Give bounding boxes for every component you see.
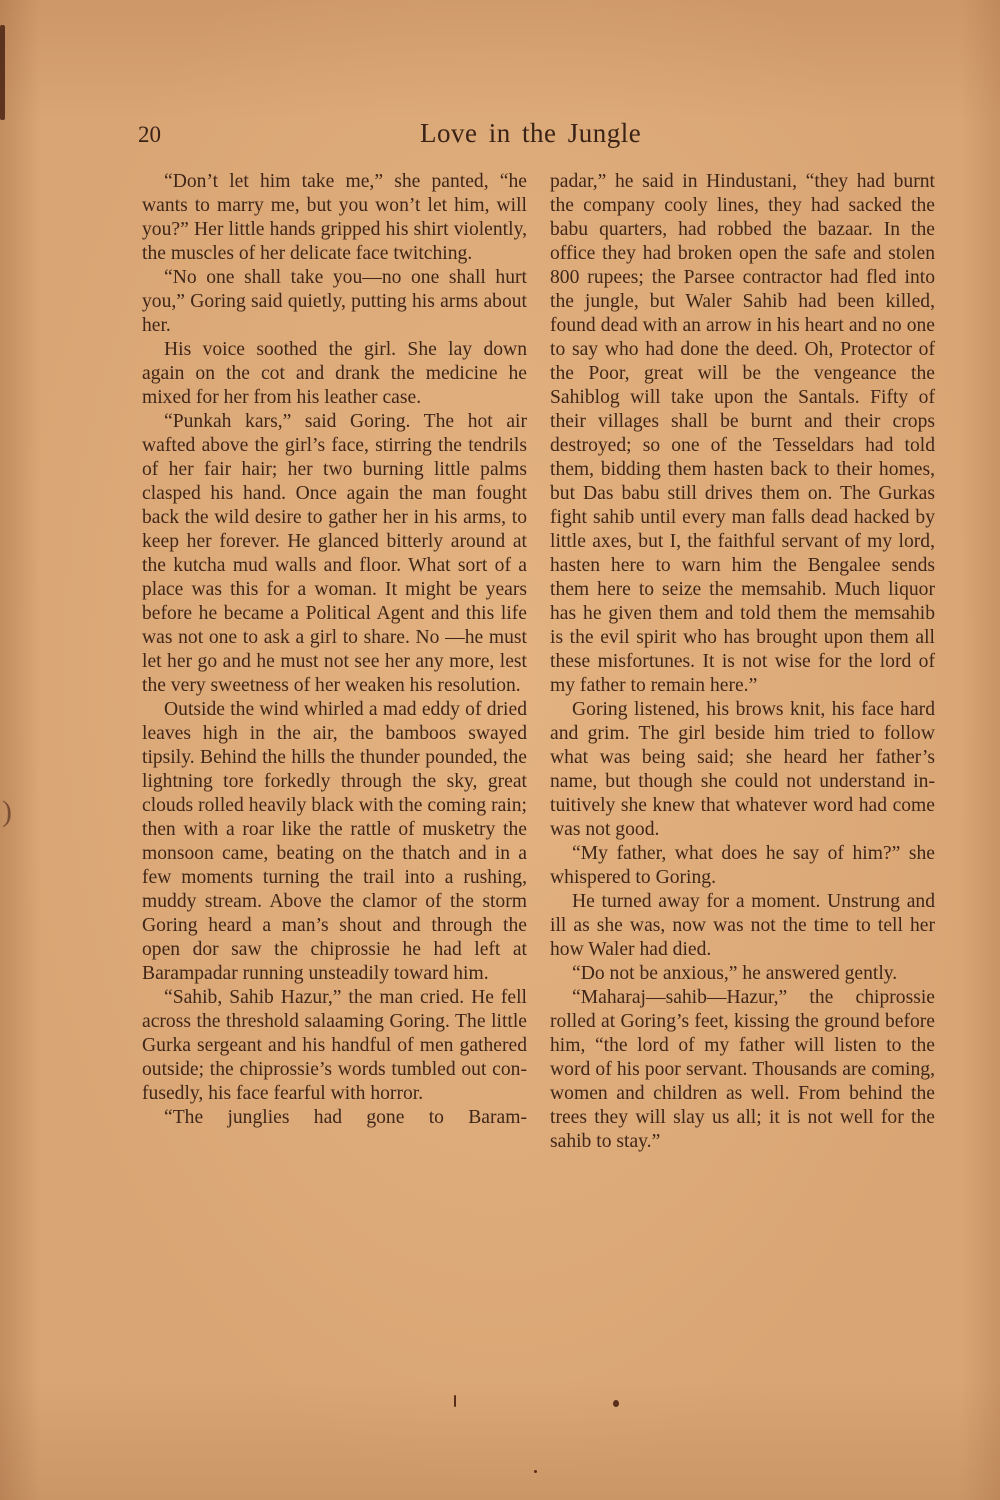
paragraph: “Don’t let him take me,” she panted, “he… bbox=[142, 170, 527, 266]
paragraph: “Punkah kars,” said Goring. The hot air … bbox=[142, 410, 527, 698]
paper-speck bbox=[454, 1395, 456, 1407]
right-text-column: padar,” he said in Hindustani, “they had… bbox=[550, 170, 935, 1154]
paragraph: Outside the wind whirled a mad eddy of d… bbox=[142, 698, 527, 986]
paragraph: “Do not be anxious,” he answered gently. bbox=[550, 962, 935, 986]
paragraph: Goring listened, his brows knit, his fac… bbox=[550, 698, 935, 842]
paragraph-continuation: padar,” he said in Hindustani, “they had… bbox=[550, 170, 935, 698]
paper-speck bbox=[534, 1470, 537, 1473]
paragraph: “The junglies had gone to Baram- bbox=[142, 1106, 527, 1130]
binding-edge-mark bbox=[0, 25, 5, 120]
page-number: 20 bbox=[138, 122, 161, 148]
paragraph: He turned away for a moment. Un­strung a… bbox=[550, 890, 935, 962]
left-text-column: “Don’t let him take me,” she panted, “he… bbox=[142, 170, 527, 1130]
running-title: Love in the Jungle bbox=[420, 118, 641, 149]
paragraph: His voice soothed the girl. She lay down… bbox=[142, 338, 527, 410]
paragraph: “Maharaj—sahib—Hazur,” the chi­prossie r… bbox=[550, 986, 935, 1154]
paragraph: “Sahib, Sahib Hazur,” the man cried. He … bbox=[142, 986, 527, 1106]
running-head: 20 Love in the Jungle bbox=[138, 118, 930, 154]
margin-bracket-mark: ) bbox=[2, 795, 12, 829]
paragraph: “My father, what does he say of him?” sh… bbox=[550, 842, 935, 890]
paragraph: “No one shall take you—no one shall hurt… bbox=[142, 266, 527, 338]
paper-speck bbox=[613, 1400, 619, 1407]
